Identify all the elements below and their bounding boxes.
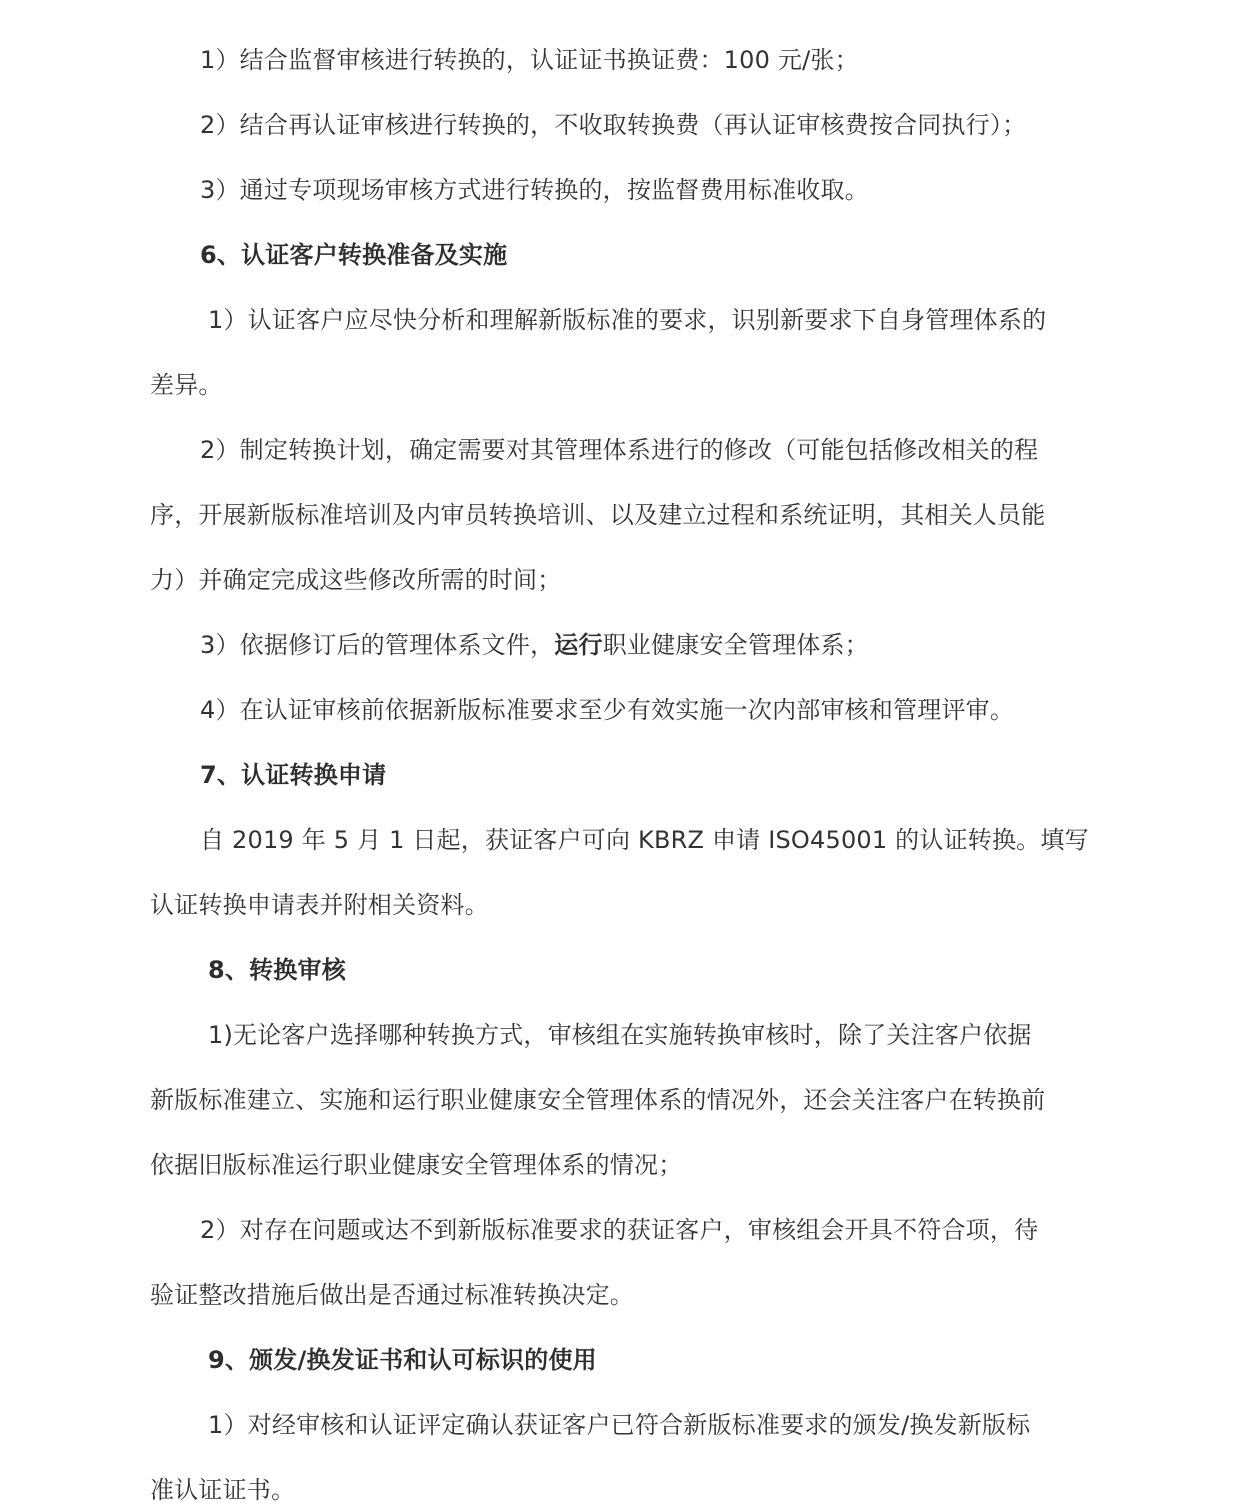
section-6-item-2-line-2: 序，开展新版标准培训及内审员转换培训、以及建立过程和系统证明，其相关人员能: [150, 495, 1045, 535]
section-6-item-1-line-2: 差异。: [150, 365, 223, 405]
section-8-item-2-line-1: 2）对存在问题或达不到新版标准要求的获证客户，审核组会开具不符合项，待: [200, 1210, 1038, 1250]
fee-item-3: 3）通过专项现场审核方式进行转换的，按监督费用标准收取。: [200, 170, 869, 210]
fee-item-1: 1）结合监督审核进行转换的，认证证书换证费：100 元/张；: [200, 40, 859, 80]
section-6-item-3: 3）依据修订后的管理体系文件，运行职业健康安全管理体系；: [200, 625, 869, 665]
section-9-heading: 9、颁发/换发证书和认可标识的使用: [208, 1340, 597, 1380]
section-8-item-2-line-2: 验证整改措施后做出是否通过标准转换决定。: [150, 1275, 634, 1315]
section-9-item-1-line-2: 准认证证书。: [150, 1470, 295, 1506]
section-6-heading: 6、认证客户转换准备及实施: [200, 235, 507, 275]
section-8-item-1-line-2: 新版标准建立、实施和运行职业健康安全管理体系的情况外，还会关注客户在转换前: [150, 1080, 1045, 1120]
section-6-item-3-prefix: 3）依据修订后的管理体系文件，: [200, 631, 554, 659]
section-8-heading: 8、转换审核: [208, 950, 346, 990]
fee-item-2: 2）结合再认证审核进行转换的，不收取转换费（再认证审核费按合同执行）；: [200, 105, 1026, 145]
section-7-para-line-2: 认证转换申请表并附相关资料。: [150, 885, 489, 925]
section-7-heading: 7、认证转换申请: [200, 755, 386, 795]
section-6-item-2-line-1: 2）制定转换计划，确定需要对其管理体系进行的修改（可能包括修改相关的程: [200, 430, 1038, 470]
section-8-item-1-line-3: 依据旧版标准运行职业健康安全管理体系的情况；: [150, 1145, 682, 1185]
section-6-item-3-bold: 运行: [554, 631, 602, 659]
section-6-item-4: 4）在认证审核前依据新版标准要求至少有效实施一次内部审核和管理评审。: [200, 690, 1014, 730]
section-6-item-2-line-3: 力）并确定完成这些修改所需的时间；: [150, 560, 561, 600]
section-6-item-1-line-1: 1）认证客户应尽快分析和理解新版标准的要求，识别新要求下自身管理体系的: [208, 300, 1046, 340]
section-8-item-1-line-1: 1)无论客户选择哪种转换方式，审核组在实施转换审核时，除了关注客户依据: [208, 1015, 1032, 1055]
section-7-para-line-1: 自 2019 年 5 月 1 日起，获证客户可向 KBRZ 申请 ISO4500…: [200, 820, 1089, 860]
section-9-item-1-line-1: 1）对经审核和认证评定确认获证客户已符合新版标准要求的颁发/换发新版标: [208, 1405, 1030, 1445]
section-6-item-3-suffix: 职业健康安全管理体系；: [603, 631, 869, 659]
